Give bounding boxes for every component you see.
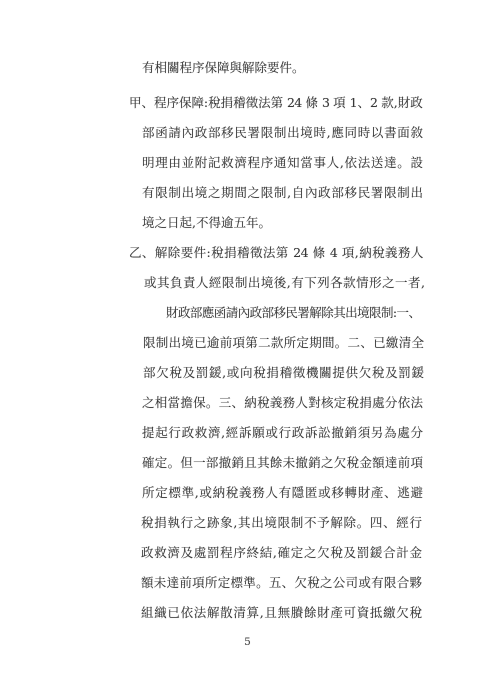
document-line: 所定標準,或納稅義務人有隱匿或移轉財產、逃避 xyxy=(142,485,423,501)
document-line: 之相當擔保。三、納稅義務人對核定稅捐處分依法 xyxy=(142,395,423,411)
document-line: 明理由並附記救濟程序通知當事人,依法送達。設 xyxy=(142,155,423,171)
document-line: 部函請內政部移民署限制出境時,應同時以書面敘 xyxy=(142,125,423,141)
document-line: 部欠稅及罰鍰,或向稅捐稽徵機關提供欠稅及罰鍰 xyxy=(143,365,424,381)
page-number: 5 xyxy=(0,635,495,649)
document-line: 提起行政救濟,經訴願或行政訴訟撤銷須另為處分 xyxy=(142,425,423,441)
document-line: 財政部應函請內政部移民署解除其出境限制:一、 xyxy=(166,305,420,321)
document-line: 政救濟及處罰程序終結,確定之欠稅及罰鍰合計金 xyxy=(141,545,422,561)
document-line: 乙、解除要件:稅捐稽徵法第 24 條 4 項,納稅義務人 xyxy=(129,245,423,261)
document-line: 有限制出境之期間之限制,自內政部移民署限制出 xyxy=(142,185,423,201)
document-line: 或其負責人經限制出境後,有下列各款情形之一者, xyxy=(144,275,425,291)
document-line: 甲、程序保障:稅捐稽徵法第 24 條 3 項 1、2 款,財政 xyxy=(129,95,422,111)
document-line: 額未達前項所定標準。五、欠稅之公司或有限合夥 xyxy=(141,575,422,591)
document-line: 有相關程序保障與解除要件。 xyxy=(142,60,305,76)
document-line: 境之日起,不得逾五年。 xyxy=(142,215,271,231)
document-line: 組織已依法解散清算,且無賸餘財產可資抵繳欠稅 xyxy=(141,605,422,621)
document-page: 有相關程序保障與解除要件。甲、程序保障:稅捐稽徵法第 24 條 3 項 1、2 … xyxy=(0,0,495,700)
document-line: 稅捐執行之跡象,其出境限制不予解除。四、經行 xyxy=(141,515,422,531)
document-line: 確定。但一部撤銷且其餘未撤銷之欠稅金額達前項 xyxy=(142,455,423,471)
document-line: 限制出境已逾前項第二款所定期間。二、已繳清全 xyxy=(143,335,424,351)
